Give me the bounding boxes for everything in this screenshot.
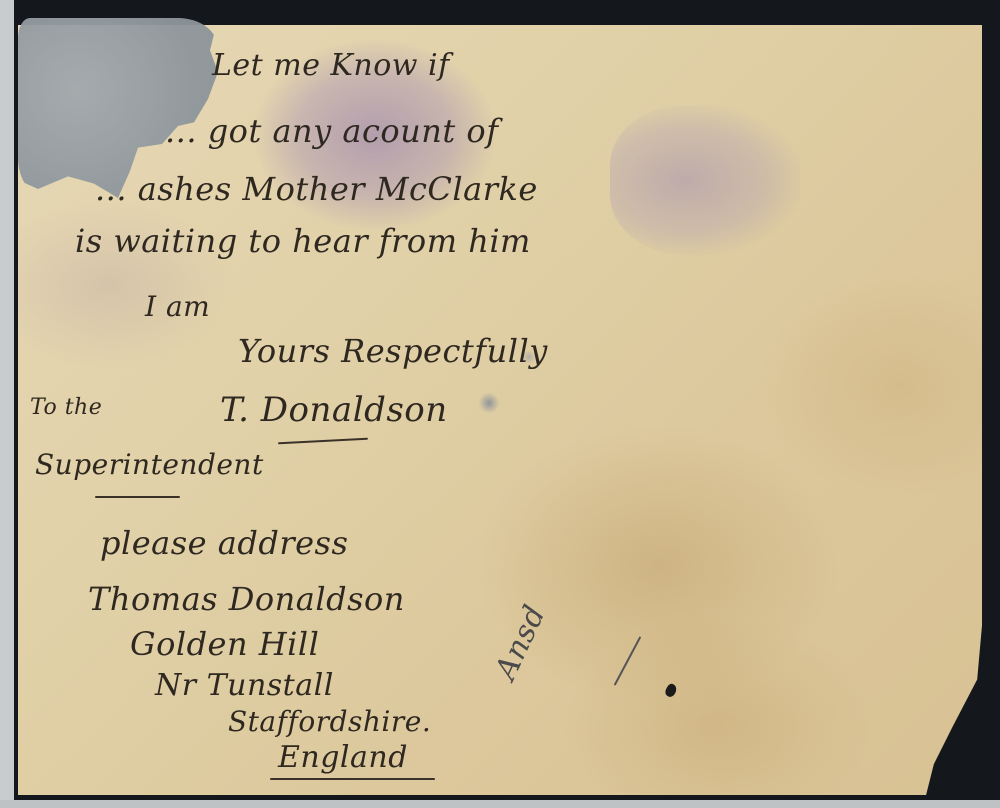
- addressee-line: To the: [30, 395, 102, 420]
- address-line: Staffordshire.: [228, 705, 431, 738]
- address-line: Golden Hill: [130, 625, 319, 663]
- country-underline: [270, 778, 435, 780]
- letter-line: ... got any acount of: [165, 112, 499, 150]
- purple-stain: [610, 105, 800, 255]
- address-intro: please address: [100, 524, 348, 562]
- scanner-edge: [0, 800, 1000, 808]
- address-line: Nr Tunstall: [155, 668, 334, 703]
- ink-stain: [478, 393, 500, 413]
- letter-line: Let me Know if: [212, 48, 450, 83]
- closing-salutation: Yours Respectfully: [238, 332, 548, 370]
- addressee-underline: [95, 496, 180, 498]
- addressee-title: Superintendent: [35, 448, 264, 481]
- closing-line: I am: [145, 290, 210, 323]
- address-country: England: [278, 740, 408, 775]
- letter-line: ... ashes Mother McClarke: [95, 170, 538, 208]
- signature: T. Donaldson: [220, 390, 448, 430]
- address-name: Thomas Donaldson: [88, 580, 405, 618]
- letter-line: is waiting to hear from him: [75, 222, 531, 260]
